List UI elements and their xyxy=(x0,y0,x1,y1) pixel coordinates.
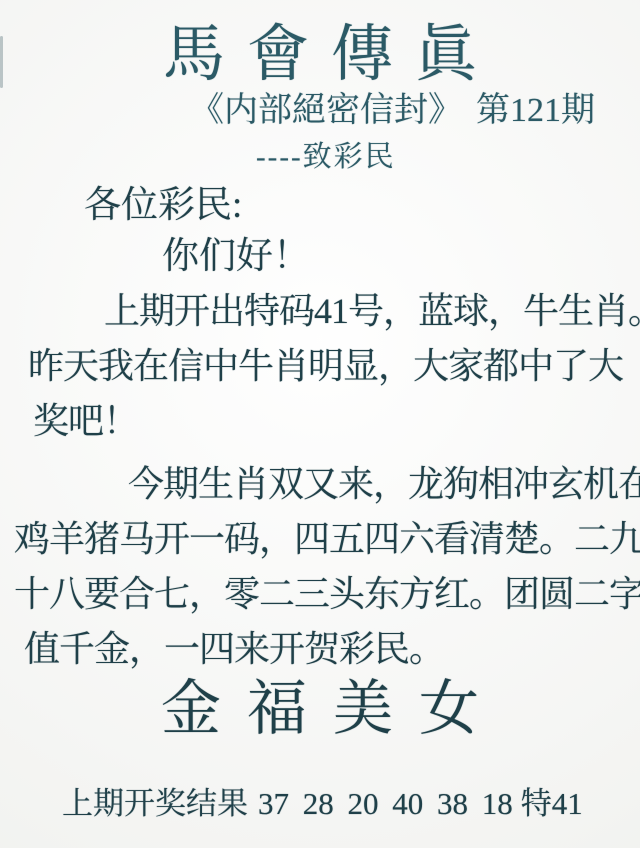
body-line-3: 奖吧！ xyxy=(0,394,640,449)
body-line-2: 昨天我在信中牛肖明显，大家都中了大 xyxy=(0,339,640,394)
fax-letter-sheet: 馬會傳眞 《内部絕密信封》第121期 ----致彩民 各位彩民: 你们好！ 上期… xyxy=(0,0,640,848)
subtitle-line: 《内部絕密信封》第121期 xyxy=(190,88,595,134)
body-line-1: 上期开出特码41号，蓝球，牛生肖。 xyxy=(0,284,640,339)
salutation: 各位彩民: xyxy=(84,182,242,230)
envelope-label: 《内部絕密信封》 xyxy=(190,92,462,129)
body-line-6: 十八要合七，零二三头东方红。团圆二字 xyxy=(0,567,640,622)
previous-result-label: 上期开奖结果 xyxy=(62,786,248,821)
greeting: 你们好！ xyxy=(162,233,310,281)
previous-result-special: 特41 xyxy=(521,786,583,821)
page-title: 馬會傳眞 xyxy=(0,12,640,98)
previous-result-line: 上期开奖结果37 28 20 40 38 18特41 xyxy=(62,782,583,826)
body-line-5: 鸡羊猪马开一码，四五四六看清楚。二九 xyxy=(0,512,640,567)
issue-number: 第121期 xyxy=(476,92,595,129)
signature: 金福美女 xyxy=(0,664,640,754)
letter-body: 上期开出特码41号，蓝球，牛生肖。 昨天我在信中牛肖明显，大家都中了大 奖吧！ … xyxy=(0,284,640,677)
body-line-4: 今期生肖双又来，龙狗相冲玄机在。 xyxy=(0,457,640,512)
previous-result-numbers: 37 28 20 40 38 18 xyxy=(258,786,513,821)
addressee-note: ----致彩民 xyxy=(256,138,396,176)
